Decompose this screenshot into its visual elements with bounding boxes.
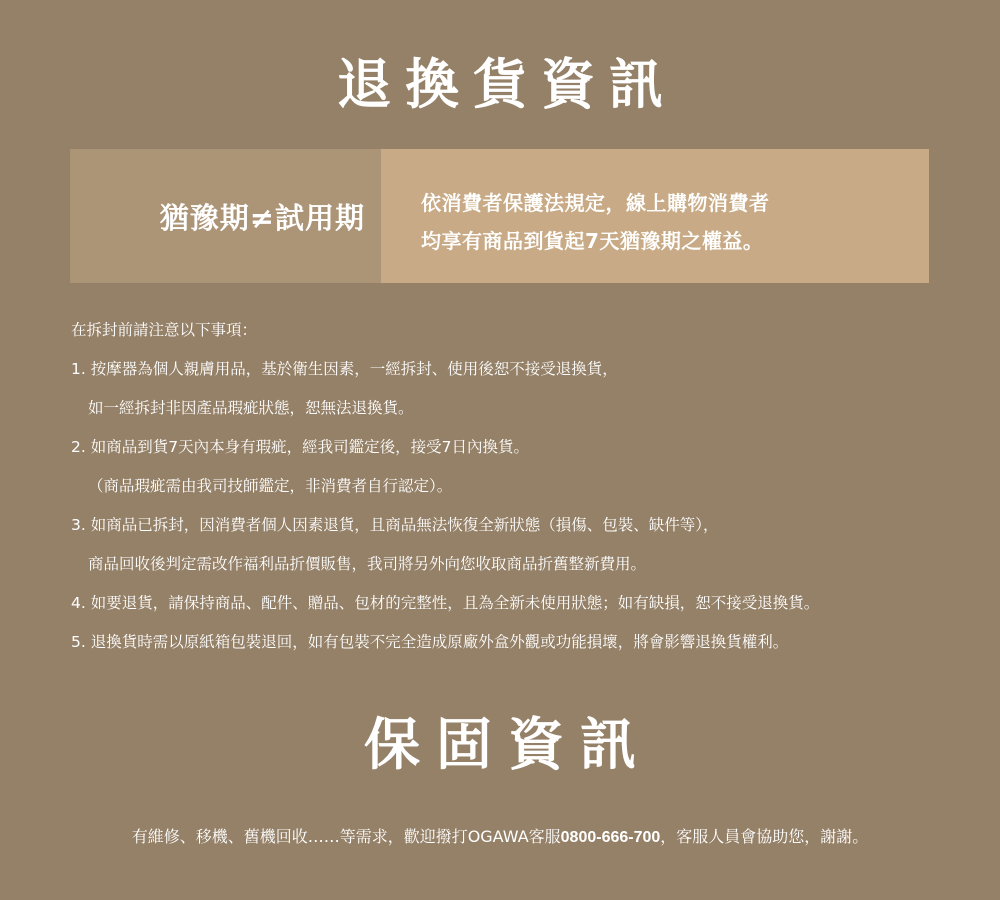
notice-item-3: 3. 如商品已拆封，因消費者個人因素退貨，且商品無法恢復全新狀態（損傷、包裝、缺… [71, 511, 951, 539]
consumer-law-line-1: 依消費者保護法規定，線上購物消費者 [421, 184, 929, 222]
notice-item-1-continued: 如一經拆封非因產品瑕疵狀態，恕無法退換貨。 [71, 394, 951, 422]
notice-item-5: 5. 退換貨時需以原紙箱包裝退回，如有包裝不完全造成原廠外盒外觀或功能損壞，將會… [71, 628, 951, 656]
warranty-text-before: 有維修、移機、舊機回收……等需求，歡迎撥打OGAWA客服 [132, 827, 561, 846]
notice-item-3-continued: 商品回收後判定需改作福利品折價販售，我司將另外向您收取商品折舊整新費用。 [71, 550, 951, 578]
notice-item-1: 1. 按摩器為個人親膚用品，基於衛生因素，一經拆封、使用後恕不接受退換貨， [71, 355, 951, 383]
consumer-law-line-2: 均享有商品到貨起7天猶豫期之權益。 [421, 222, 929, 260]
cooling-off-vs-trial-heading: 猶豫期≠試用期 [160, 196, 365, 237]
notice-item-4: 4. 如要退貨，請保持商品、配件、贈品、包材的完整性，且為全新未使用狀態；如有缺… [71, 589, 951, 617]
warranty-contact-text: 有維修、移機、舊機回收……等需求，歡迎撥打OGAWA客服0800-666-700… [0, 824, 1000, 851]
warranty-text-after: ，客服人員會協助您，謝謝。 [660, 827, 868, 846]
notice-intro: 在拆封前請注意以下事項： [71, 316, 951, 344]
return-notice-list: 在拆封前請注意以下事項： 1. 按摩器為個人親膚用品，基於衛生因素，一經拆封、使… [71, 316, 951, 667]
notice-item-2: 2. 如商品到貨7天內本身有瑕疵，經我司鑑定後，接受7日內換貨。 [71, 433, 951, 461]
returns-section-title: 退換貨資訊 [0, 58, 1000, 112]
cooling-off-banner: 猶豫期≠試用期 依消費者保護法規定，線上購物消費者 均享有商品到貨起7天猶豫期之… [70, 149, 929, 283]
banner-right-panel: 依消費者保護法規定，線上購物消費者 均享有商品到貨起7天猶豫期之權益。 [381, 149, 929, 283]
banner-left-panel: 猶豫期≠試用期 [70, 149, 381, 283]
warranty-section-title: 保固資訊 [0, 718, 1000, 774]
notice-item-2-continued: （商品瑕疵需由我司技師鑑定，非消費者自行認定）。 [71, 472, 951, 500]
customer-service-phone: 0800-666-700 [561, 829, 661, 846]
